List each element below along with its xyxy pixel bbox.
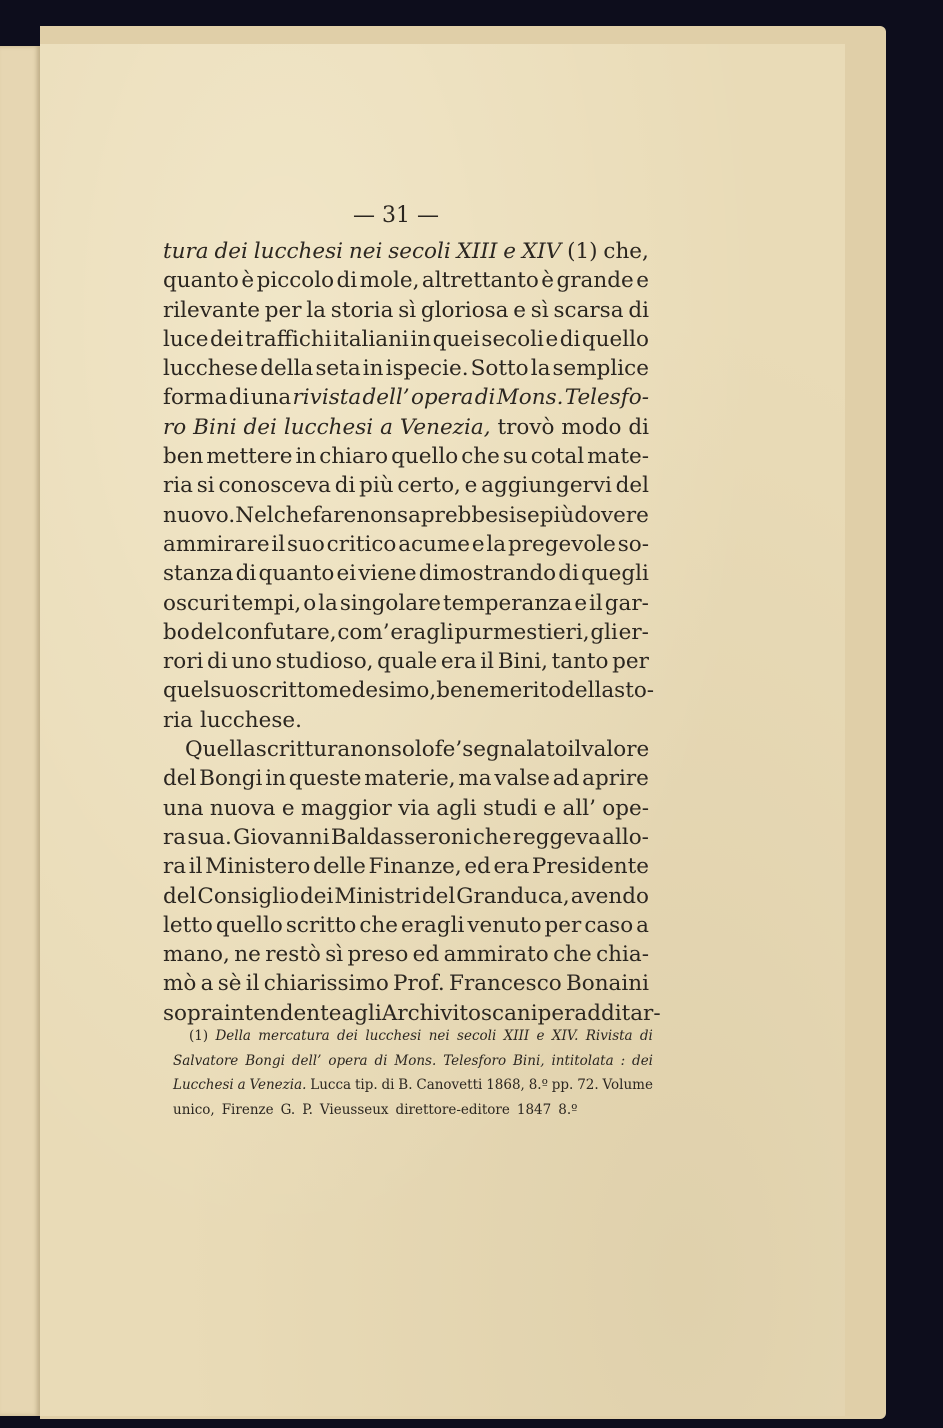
word: dei	[632, 1049, 653, 1074]
word: chiarissimo	[264, 969, 389, 998]
word: sto-	[614, 676, 654, 705]
word: di	[375, 1049, 388, 1074]
word: quello	[216, 911, 283, 940]
word: XIII	[504, 1024, 530, 1049]
word: G.	[281, 1098, 296, 1123]
word: forma	[163, 383, 227, 412]
word: dell’	[363, 383, 410, 412]
word: in	[296, 442, 317, 471]
word: acume	[398, 530, 470, 559]
word: nuova	[210, 794, 276, 823]
text-line: delConsigliodeiMinistridelGranduca,avend…	[163, 882, 649, 911]
word: Firenze	[222, 1098, 274, 1123]
word: il	[246, 969, 260, 998]
word: Mons.	[497, 383, 564, 412]
word: di	[236, 559, 257, 588]
word: il	[589, 589, 603, 618]
word: ria	[163, 471, 193, 500]
facing-page-edge	[0, 46, 41, 1416]
word: opera	[411, 383, 474, 412]
text-line: quelsuoscrittomedesimo,benemeritodellast…	[163, 676, 649, 705]
word: letto	[163, 911, 213, 940]
word: e	[472, 530, 485, 559]
word: ope-	[602, 794, 649, 823]
word: delle	[313, 852, 366, 881]
word: caso	[584, 911, 633, 940]
word: dei	[210, 325, 243, 354]
word: scarsa	[554, 296, 624, 325]
word: traffichi	[245, 325, 332, 354]
word: 1868,	[486, 1073, 525, 1098]
word: critico	[327, 530, 397, 559]
word: oscuri	[163, 589, 230, 618]
text-line: railMinisterodelleFinanze,ederaPresident…	[163, 852, 649, 881]
word: ed	[413, 940, 440, 969]
word: era	[493, 852, 529, 881]
word: 1847	[517, 1098, 551, 1123]
body-lines: turadeilucchesineisecoliXIIIeXIV(1)che,q…	[163, 237, 649, 1028]
word: mano,	[163, 940, 230, 969]
word: tip.	[355, 1073, 378, 1098]
word: venuto	[467, 911, 541, 940]
word: :	[621, 1049, 626, 1074]
word: studi	[483, 794, 537, 823]
word: a	[380, 413, 393, 442]
word: una	[251, 383, 292, 412]
word: Rivista	[586, 1024, 633, 1049]
word: quegli	[581, 559, 649, 588]
text-line: rasua.GiovanniBaldasseronichereggevaallo…	[163, 823, 649, 852]
word: era	[441, 647, 477, 676]
word: quello	[582, 325, 649, 354]
text-line: unanuovaemaggiorviaaglistudieall’ope-	[163, 794, 649, 823]
word: Presidente	[532, 852, 649, 881]
word: del	[163, 882, 196, 911]
word: aggiungervi	[481, 471, 612, 500]
word: si	[197, 471, 215, 500]
word: secoli	[457, 1024, 496, 1049]
word: il	[480, 647, 494, 676]
word: per	[545, 911, 582, 940]
text-line: benmettereinchiaroquellochesucotalmate-	[163, 442, 649, 471]
text-line: mòasèilchiarissimoProf.FrancescoBonaini	[163, 969, 649, 998]
text-line: roridiunostudioso,qualeerailBini,tantope…	[163, 647, 649, 676]
word: temperanza	[443, 589, 572, 618]
word: che	[553, 940, 592, 969]
word: Prof.	[393, 969, 445, 998]
word: eragli	[390, 618, 453, 647]
text-line: delBongiinquestematerie,mavalseadaprire	[163, 764, 649, 793]
word: eragli	[401, 911, 464, 940]
text-line: lucedeitraffichiitalianiinqueisecoliediq…	[163, 325, 649, 354]
word: so-	[618, 530, 649, 559]
word: Bongi	[245, 1049, 285, 1074]
word: Giovanni	[233, 823, 330, 852]
word: sè	[218, 969, 242, 998]
word: di	[381, 1073, 394, 1098]
word: una	[163, 794, 204, 823]
book-page: — 31 — turadeilucchesineisecoliXIIIeXIV(…	[40, 44, 845, 1416]
word: materie,	[364, 764, 455, 793]
word: chiaro	[319, 442, 388, 471]
word: fare	[312, 501, 356, 530]
word: er-	[619, 618, 649, 647]
word: ro	[163, 413, 186, 442]
word: non	[356, 501, 397, 530]
word: studioso,	[276, 647, 374, 676]
word: dell’	[292, 1049, 322, 1074]
word: seta	[315, 354, 360, 383]
word: grande	[557, 266, 634, 295]
word: per	[265, 296, 302, 325]
word: Sotto	[471, 354, 529, 383]
word: Mons.	[394, 1049, 436, 1074]
text-line: roBinideilucchesiaVenezia,trovòmododi	[163, 413, 649, 442]
word: suo	[210, 676, 248, 705]
word: fe’	[435, 735, 463, 764]
word: lucchese	[163, 354, 258, 383]
text-line: rialucchese.	[163, 706, 649, 735]
word: 8.º	[558, 1098, 577, 1123]
word: di	[475, 383, 496, 412]
word: (1)	[567, 237, 597, 266]
text-line: turadeilucchesineisecoliXIIIeXIV(1)che,	[163, 237, 649, 266]
word: tanto	[552, 647, 609, 676]
word: segnalato	[462, 735, 567, 764]
word: stanza	[163, 559, 233, 588]
word: com’	[337, 618, 389, 647]
word: valore	[581, 735, 649, 764]
word: 8.º	[529, 1073, 548, 1098]
word: Canovetti	[416, 1073, 482, 1098]
word: sì	[531, 296, 549, 325]
word: se	[516, 501, 540, 530]
word: quale	[377, 647, 437, 676]
word: dei	[244, 413, 277, 442]
word: che	[473, 823, 512, 852]
word: viene	[358, 559, 416, 588]
word: dei	[214, 237, 247, 266]
text-line: bodelconfutare,com’eraglipurmestieri,gli…	[163, 618, 649, 647]
word: suo	[287, 530, 325, 559]
word: e	[513, 296, 526, 325]
word: il	[271, 530, 285, 559]
text-line: ammirareilsuocriticoacumeelapregevoleso-	[163, 530, 649, 559]
word: Salvatore	[173, 1049, 238, 1074]
word: nei	[429, 1024, 450, 1049]
word: Lucchesi	[173, 1073, 234, 1098]
word: mò	[163, 969, 196, 998]
word: Volume	[603, 1073, 653, 1098]
word: e	[537, 1024, 545, 1049]
word: Venezia.	[249, 1073, 306, 1098]
word: e	[636, 266, 649, 295]
word: maggior	[301, 794, 392, 823]
word: dovere	[574, 501, 649, 530]
word: mercatura	[258, 1024, 329, 1049]
word: secoli	[388, 237, 451, 266]
word: solo	[391, 735, 435, 764]
word: quanto	[163, 266, 239, 295]
word: nei	[349, 237, 382, 266]
word: sì	[325, 940, 343, 969]
footnote-line: unico,FirenzeG.P.Vieusseuxdirettore-edit…	[173, 1098, 653, 1123]
word: di	[335, 471, 356, 500]
word: B.	[398, 1073, 412, 1098]
word: avendo	[571, 882, 649, 911]
word: Quella	[185, 735, 256, 764]
word: valse	[494, 764, 550, 793]
footnote-line: SalvatoreBongidell’operadiMons.Telesforo…	[173, 1049, 653, 1074]
word: nuovo.	[163, 501, 235, 530]
word: uno	[231, 647, 272, 676]
word: lucchesi	[365, 1024, 421, 1049]
text-line: nuovo.Nelchefarenonsaprebbesisepiùdovere	[163, 501, 649, 530]
word: luce	[163, 325, 209, 354]
word: Ministri	[334, 882, 420, 911]
word: restò	[265, 940, 321, 969]
word: per	[612, 647, 649, 676]
word: cotal	[531, 442, 584, 471]
word: o	[303, 589, 316, 618]
footnote-lines: (1)DellamercaturadeilucchesineisecoliXII…	[173, 1024, 653, 1122]
word: su	[503, 442, 528, 471]
word: della	[561, 676, 614, 705]
word: Granduca,	[456, 882, 569, 911]
word: di	[558, 559, 579, 588]
word: di	[229, 383, 250, 412]
text-line: oscuritempi,olasingolaretemperanzaeilgar…	[163, 589, 649, 618]
word: dimostrando	[419, 559, 556, 588]
word: del	[191, 618, 224, 647]
word: unico,	[173, 1098, 215, 1123]
text-line: riasiconoscevadipiùcerto,eaggiungervidel	[163, 471, 649, 500]
word: quei	[433, 325, 480, 354]
word: all’	[563, 794, 596, 823]
word: quanto	[258, 559, 334, 588]
word: del	[616, 471, 649, 500]
word: di	[628, 413, 649, 442]
word: di	[628, 296, 649, 325]
word: che,	[603, 237, 648, 266]
word: e	[282, 794, 295, 823]
word: lucchesi	[254, 237, 343, 266]
word: semplice	[553, 354, 649, 383]
word: Baldasseroni	[331, 823, 472, 852]
text-line: formadiunarivistadell’operadiMons.Telesf…	[163, 383, 649, 412]
word: XIV	[522, 237, 561, 266]
word: pur	[455, 618, 493, 647]
word: storia	[331, 296, 394, 325]
word: il	[189, 852, 203, 881]
word: queste	[289, 764, 362, 793]
word: ne	[234, 940, 261, 969]
word: certo,	[397, 471, 460, 500]
word: e	[503, 237, 516, 266]
word: via	[398, 794, 430, 823]
word: mate-	[587, 442, 649, 471]
word: di	[640, 1024, 653, 1049]
word: e	[545, 325, 558, 354]
word: allo-	[602, 823, 649, 852]
word: di	[560, 325, 581, 354]
word: la	[306, 296, 326, 325]
word: bo	[163, 618, 190, 647]
word: benemerito	[436, 676, 561, 705]
word: confutare,	[225, 618, 337, 647]
text-line: Quellascritturanonsolofe’segnalatoilvalo…	[163, 735, 649, 764]
word: opera	[328, 1049, 367, 1074]
word: singolare	[340, 589, 441, 618]
word: rori	[163, 647, 203, 676]
word: più	[359, 471, 394, 500]
word: del	[163, 764, 196, 793]
page-number: — 31 —	[143, 201, 649, 231]
word: la	[486, 530, 506, 559]
footnote: (1)DellamercaturadeilucchesineisecoliXII…	[173, 1024, 653, 1122]
word: in	[410, 325, 431, 354]
word: ammirato	[444, 940, 549, 969]
word: ed	[464, 852, 491, 881]
word: ben	[163, 442, 203, 471]
text-line: lettoquelloscrittocheeraglivenutopercaso…	[163, 911, 649, 940]
word: agli	[436, 794, 476, 823]
word: gli	[590, 618, 618, 647]
word: Telesforo	[443, 1049, 506, 1074]
word: che	[274, 501, 313, 530]
word: Vieusseux	[320, 1098, 389, 1123]
word: e	[465, 471, 478, 500]
word: che	[461, 442, 500, 471]
word: trovò	[497, 413, 554, 442]
word: lucchese.	[200, 706, 302, 735]
word: la	[318, 589, 338, 618]
word: più	[540, 501, 575, 530]
word: dei	[300, 882, 333, 911]
word: Bongi	[199, 764, 262, 793]
word: piccolo	[257, 266, 335, 295]
word: italiani	[333, 325, 409, 354]
word: pregevole	[508, 530, 616, 559]
word: ad	[553, 764, 580, 793]
word: non	[350, 735, 391, 764]
word: conosceva	[218, 471, 331, 500]
word: quel	[163, 676, 210, 705]
word: scritto	[286, 911, 356, 940]
word: Telesfo-	[565, 383, 649, 412]
word: Bini,	[498, 647, 548, 676]
word: di	[207, 647, 228, 676]
word: mole,	[360, 266, 420, 295]
word: Nel	[235, 501, 273, 530]
word: di	[337, 266, 358, 295]
word: P.	[302, 1098, 313, 1123]
word: ei	[337, 559, 357, 588]
word: Della	[215, 1024, 251, 1049]
footnote-line: (1)DellamercaturadeilucchesineisecoliXII…	[173, 1024, 653, 1049]
word: che	[359, 911, 398, 940]
text-line: lucchesedellasetainispecie.Sottolasempli…	[163, 354, 649, 383]
text-line: stanzadiquantoeivienedimostrandodiquegli	[163, 559, 649, 588]
word: intitolata	[551, 1049, 613, 1074]
word: tempi,	[232, 589, 301, 618]
word: Venezia,	[400, 413, 491, 442]
word: ra	[163, 852, 186, 881]
word: altrettanto	[422, 266, 539, 295]
word: sua.	[187, 823, 232, 852]
word: Finanze,	[369, 852, 462, 881]
footnote-line: LucchesiaVenezia.Luccatip.diB.Canovetti1…	[173, 1073, 653, 1098]
word: la	[531, 354, 551, 383]
word: XIII	[457, 237, 498, 266]
word: Bini	[193, 413, 236, 442]
word: è	[241, 266, 254, 295]
word: a	[238, 1073, 246, 1098]
word: tura	[163, 237, 209, 266]
word: Bonaini	[566, 969, 649, 998]
word: in	[265, 764, 286, 793]
text-line: rilevanteperlastoriasìgloriosaesìscarsad…	[163, 296, 649, 325]
word: è	[541, 266, 554, 295]
word: direttore-editore	[396, 1098, 510, 1123]
word: mestieri,	[493, 618, 589, 647]
word: saprebbesi	[397, 501, 516, 530]
word: scrittura	[256, 735, 350, 764]
word: e	[574, 589, 587, 618]
word: Lucca	[310, 1073, 351, 1098]
word: rilevante	[163, 296, 260, 325]
text-line: quantoèpiccolodimole,altrettantoègrandee	[163, 266, 649, 295]
word: del	[422, 882, 455, 911]
word: reggeva	[513, 823, 601, 852]
word: ra	[163, 823, 186, 852]
word: a	[636, 911, 649, 940]
word: chia-	[596, 940, 649, 969]
word: Consiglio	[197, 882, 299, 911]
word: XIV.	[552, 1024, 579, 1049]
word: aprire	[582, 764, 649, 793]
word: modo	[561, 413, 621, 442]
word: il	[568, 735, 582, 764]
word: della	[260, 354, 313, 383]
word: gloriosa	[421, 296, 509, 325]
word: sì	[398, 296, 416, 325]
word: rivista	[293, 383, 362, 412]
word: gar-	[605, 589, 649, 618]
word: 72.	[577, 1073, 598, 1098]
word: ammirare	[163, 530, 270, 559]
word: preso	[348, 940, 409, 969]
word: ria	[163, 706, 193, 735]
text-line: mano,nerestòsìpresoedammiratochechia-	[163, 940, 649, 969]
word: scritto	[248, 676, 318, 705]
word: ispecie.	[386, 354, 469, 383]
word: Francesco	[449, 969, 562, 998]
word: pp.	[552, 1073, 574, 1098]
word: dei	[337, 1024, 358, 1049]
word: e	[543, 794, 556, 823]
word: Ministero	[205, 852, 310, 881]
word: in	[363, 354, 384, 383]
word: Bini,	[513, 1049, 545, 1074]
word: lucchesi	[284, 413, 373, 442]
word: a	[201, 969, 214, 998]
body-text: — 31 — turadeilucchesineisecoliXIIIeXIV(…	[163, 201, 649, 1028]
word: secoli	[481, 325, 544, 354]
word: medesimo,	[319, 676, 437, 705]
word: mettere	[206, 442, 292, 471]
word: quello	[391, 442, 458, 471]
